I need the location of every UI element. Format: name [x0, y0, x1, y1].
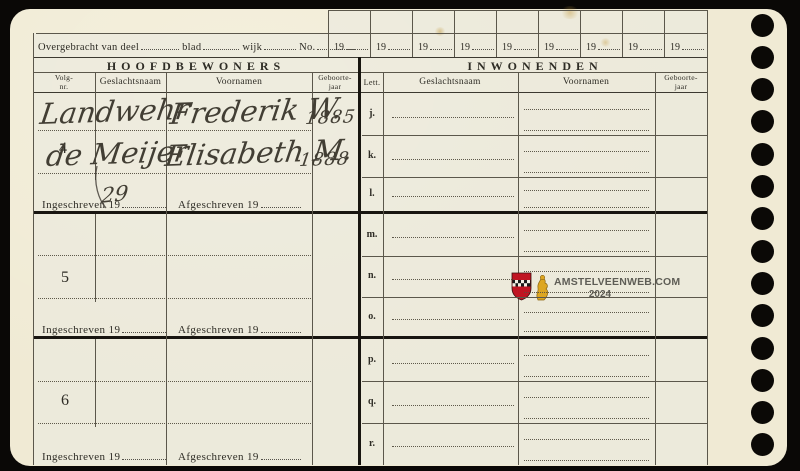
dotted-leader	[472, 40, 494, 50]
column-header-voornamen-right: Voornamen	[536, 77, 636, 87]
dotted-leader	[556, 40, 578, 50]
writing-line	[524, 130, 649, 131]
writing-line	[524, 331, 649, 332]
letter-row-label: o.	[362, 311, 382, 322]
watermark-year: 2024	[554, 289, 646, 300]
writing-line	[524, 312, 649, 313]
writing-line	[524, 355, 649, 356]
binder-hole	[751, 110, 774, 133]
table-divider-line	[358, 57, 361, 465]
grid-line	[518, 72, 519, 465]
letter-row-label: l.	[362, 188, 382, 199]
writing-line	[392, 159, 514, 160]
writing-line	[392, 196, 514, 197]
binder-hole	[751, 175, 774, 198]
paper-stain	[560, 6, 580, 19]
year-cell: 19	[544, 40, 578, 53]
writing-line	[524, 439, 649, 440]
column-header-geboortejaar-right: Geboorte- jaar	[656, 74, 706, 91]
grid-line	[362, 256, 707, 257]
ingeschreven-label-block6: Ingeschreven 19	[42, 450, 166, 463]
dotted-leader	[122, 323, 166, 333]
grid-line	[328, 10, 329, 57]
dotted-leader	[430, 40, 452, 50]
section-title-hoofdbewoners: HOOFDBEWONERS	[96, 59, 296, 74]
dotted-leader	[346, 40, 368, 50]
afgeschreven-label-block4: Afgeschreven 19	[178, 198, 301, 211]
grid-line	[580, 10, 581, 57]
year-cell-label: 19	[502, 42, 512, 53]
letter-row-label: m.	[362, 229, 382, 240]
writing-line	[524, 151, 649, 152]
paper-stain	[434, 27, 446, 36]
transfer-row: Overgebracht van deel blad wijk No.	[38, 40, 355, 53]
grid-line	[664, 10, 665, 57]
dotted-leader	[514, 40, 536, 50]
dotted-leader	[203, 40, 239, 50]
pen-flourish	[88, 164, 114, 210]
binder-hole	[751, 272, 774, 295]
letter-row-label: r.	[362, 438, 382, 449]
writing-line	[524, 460, 649, 461]
year-cell-label: 19	[586, 42, 596, 53]
writing-line	[392, 446, 514, 447]
column-header-voornamen-left: Voornamen	[189, 77, 289, 87]
dotted-leader	[682, 40, 704, 50]
year-cell-label: 19	[670, 42, 680, 53]
grid-line	[36, 33, 707, 34]
grid-line	[362, 423, 707, 424]
year-cell-label: 19	[544, 42, 554, 53]
letter-row-label: n.	[362, 270, 382, 281]
binder-hole	[751, 240, 774, 263]
grid-line	[95, 214, 96, 302]
transfer-label-no: No.	[299, 42, 315, 53]
dotted-leader	[388, 40, 410, 50]
dotted-leader	[122, 198, 166, 208]
dotted-leader	[598, 40, 620, 50]
writing-line	[392, 319, 514, 320]
volgnummer-5: 5	[56, 269, 74, 287]
grid-line	[362, 135, 707, 136]
grid-line	[362, 177, 707, 178]
binder-hole	[751, 78, 774, 101]
binder-hole	[751, 46, 774, 69]
grid-line	[95, 339, 96, 427]
year-cell: 19	[628, 40, 662, 53]
dotted-leader	[141, 40, 179, 50]
writing-line	[392, 237, 514, 238]
handwritten-geboortejaar-1: 1885	[304, 106, 357, 129]
population-register-card-scan: Overgebracht van deel blad wijk No. HOOF…	[0, 0, 800, 471]
binder-hole	[751, 207, 774, 230]
writing-line	[524, 251, 649, 252]
year-cell: 19	[502, 40, 536, 53]
binder-hole	[751, 14, 774, 37]
grid-line	[622, 10, 623, 57]
year-cell-label: 19	[460, 42, 470, 53]
grid-line	[383, 72, 384, 465]
writing-line	[524, 109, 649, 110]
letter-row-label: k.	[362, 150, 382, 161]
writing-line	[38, 381, 311, 382]
grid-line	[707, 10, 708, 465]
grid-line	[370, 10, 371, 57]
writing-line	[524, 172, 649, 173]
writing-line	[38, 298, 311, 299]
grid-line	[538, 10, 539, 57]
year-cell: 19	[460, 40, 494, 53]
dotted-leader	[261, 323, 301, 333]
year-cell: 19	[376, 40, 410, 53]
letter-row-label: p.	[362, 354, 382, 365]
watermark-site: AMSTELVEENWEB.COM	[554, 276, 680, 288]
afgeschreven-label-block5: Afgeschreven 19	[178, 323, 301, 336]
year-cell: 19	[334, 40, 368, 53]
writing-line	[524, 271, 649, 272]
year-cell: 19	[670, 40, 704, 53]
year-cell: 19	[418, 40, 452, 53]
grid-line	[328, 10, 707, 11]
year-cell: 19	[586, 40, 620, 53]
grid-line	[362, 297, 707, 298]
dotted-leader	[261, 450, 301, 460]
grid-line	[496, 10, 497, 57]
writing-line	[392, 363, 514, 364]
ingeschreven-label-block5: Ingeschreven 19	[42, 323, 166, 336]
dotted-leader	[264, 40, 296, 50]
binder-hole	[751, 401, 774, 424]
grid-line	[362, 381, 707, 382]
handwritten-geboortejaar-2: 1888	[298, 148, 351, 171]
transfer-label-wijk: wijk	[242, 42, 262, 53]
grid-line	[33, 33, 34, 465]
block-separator-line	[33, 211, 707, 214]
afgeschreven-label-block6: Afgeschreven 19	[178, 450, 301, 463]
writing-line	[524, 397, 649, 398]
column-header-lett: Lett.	[352, 78, 392, 87]
writing-line	[524, 418, 649, 419]
year-cell-label: 19	[334, 42, 344, 53]
dotted-leader	[261, 198, 301, 208]
block-separator-line	[33, 336, 707, 339]
year-cell-label: 19	[376, 42, 386, 53]
writing-line	[524, 292, 649, 293]
writing-line	[392, 279, 514, 280]
year-cell-label: 19	[418, 42, 428, 53]
top-cells-area	[328, 10, 708, 33]
binder-hole	[751, 433, 774, 456]
writing-line	[392, 117, 514, 118]
grid-line	[412, 10, 413, 57]
year-cell-label: 19	[628, 42, 638, 53]
dotted-leader	[640, 40, 662, 50]
letter-row-label: j.	[362, 108, 382, 119]
grid-line	[312, 72, 313, 465]
grid-line	[655, 72, 656, 465]
column-header-geslachtsnaam-left: Geslachtsnaam	[80, 77, 181, 87]
section-title-inwonenden: INWONENDEN	[435, 59, 635, 74]
column-header-geslachtsnaam-right: Geslachtsnaam	[400, 77, 500, 87]
writing-line	[38, 255, 311, 256]
writing-line	[38, 173, 311, 174]
writing-line	[392, 405, 514, 406]
transfer-label-deel: Overgebracht van deel	[38, 42, 139, 53]
writing-line	[38, 423, 311, 424]
binder-hole	[751, 304, 774, 327]
transfer-label-blad: blad	[182, 42, 201, 53]
binder-hole	[751, 337, 774, 360]
dotted-leader	[122, 450, 166, 460]
writing-line	[524, 190, 649, 191]
volgnummer-6: 6	[56, 392, 74, 410]
letter-row-label: q.	[362, 396, 382, 407]
writing-line	[524, 376, 649, 377]
writing-line	[524, 230, 649, 231]
binder-hole	[751, 143, 774, 166]
grid-line	[454, 10, 455, 57]
writing-line	[524, 207, 649, 208]
binder-hole	[751, 369, 774, 392]
